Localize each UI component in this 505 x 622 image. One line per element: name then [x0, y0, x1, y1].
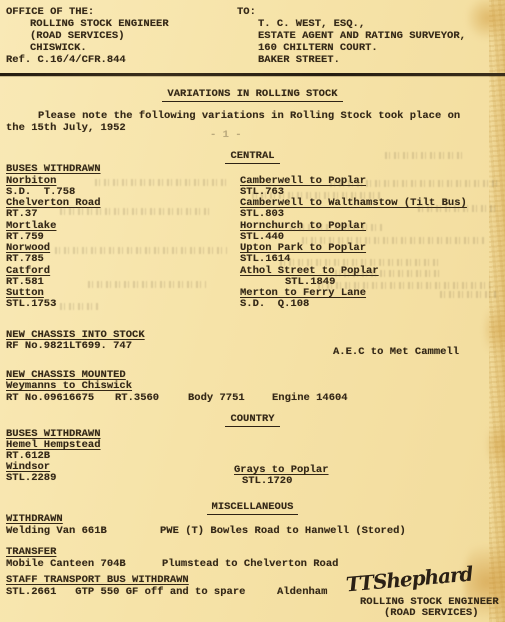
entry-fleet: STL.2289 — [6, 473, 56, 484]
transfer-label: TRANSFER — [6, 547, 56, 558]
mounted-engine-number: Engine 14604 — [272, 393, 348, 404]
withdrawn-entry: Norbiton S.D. T.758 — [6, 176, 75, 199]
country-heading: COUNTRY — [225, 414, 279, 427]
bleedthrough-smudge — [290, 224, 382, 231]
bleedthrough-smudge — [418, 205, 496, 212]
recipient-line: T. C. WEST, ESQ., — [258, 19, 365, 30]
office-label: OFFICE OF THE: — [6, 7, 94, 18]
bleedthrough-smudge — [252, 192, 380, 199]
bleedthrough-smudge — [60, 208, 210, 215]
bleedthrough-smudge — [88, 281, 206, 288]
country-heading-row: COUNTRY — [0, 414, 505, 427]
bleedthrough-smudge — [335, 270, 443, 277]
mounted-body-number: Body 7751 — [188, 393, 245, 404]
recipient-line: BAKER STREET. — [258, 55, 340, 66]
intro-line-2: the 15th July, 1952 — [6, 123, 126, 134]
staff-transport-label: STAFF TRANSPORT BUS WITHDRAWN — [6, 575, 189, 586]
faint-page-number: - 1 - — [210, 130, 242, 141]
withdrawn-entry: Mortlake RT.759 — [6, 221, 56, 244]
office-line: ROLLING STOCK ENGINEER — [30, 19, 169, 30]
mounted-fleet-number: RT.3560 — [115, 393, 159, 404]
document-title: VARIATIONS IN ROLLING STOCK — [162, 89, 342, 102]
signatory-role-line-2: (ROAD SERVICES) — [384, 608, 479, 619]
office-line: (ROAD SERVICES) — [30, 31, 125, 42]
withdrawn-detail: PWE (T) Bowles Road to Hanwell (Stored) — [160, 526, 406, 537]
transfer-item: Mobile Canteen 704B — [6, 559, 126, 570]
withdrawn-entry: Merton to Ferry Lane S.D. Q.108 — [240, 288, 366, 311]
new-chassis-into-stock-note: A.E.C to Met Cammell — [333, 347, 459, 358]
withdrawn-entry: Windsor STL.2289 — [6, 462, 56, 485]
staff-transport-item: STL.2661 GTP 550 GF off and to spare — [6, 587, 245, 598]
bleedthrough-smudge — [385, 152, 463, 159]
entry-fleet: STL.1753 — [6, 299, 56, 310]
withdrawn-item: Welding Van 661B — [6, 526, 107, 537]
withdrawn-entry: Norwood RT.785 — [6, 243, 50, 266]
header-divider-rule — [0, 73, 505, 76]
new-chassis-into-stock-entry: RF No.9821LT699. 747 — [6, 341, 132, 352]
withdrawn-entry: Grays to Poplar STL.1720 — [234, 465, 329, 488]
title-row: VARIATIONS IN ROLLING STOCK — [0, 89, 505, 102]
office-line: CHISWICK. — [30, 43, 87, 54]
paper-stain-mid-right — [485, 298, 505, 362]
central-buses-withdrawn-label: BUSES WITHDRAWN — [6, 164, 101, 175]
bleedthrough-smudge — [280, 259, 442, 266]
recipient-line: ESTATE AGENT AND RATING SURVEYOR, — [258, 31, 466, 42]
bleedthrough-smudge — [95, 179, 230, 186]
scanned-memo-page: OFFICE OF THE: ROLLING STOCK ENGINEER (R… — [0, 0, 505, 622]
entry-fleet: S.D. Q.108 — [240, 299, 366, 310]
to-label: TO: — [237, 7, 256, 18]
bleedthrough-smudge — [440, 291, 498, 298]
entry-fleet: RT.785 — [6, 254, 50, 265]
new-chassis-mounted-subheading: Weymanns to Chiswick — [6, 381, 132, 392]
recipient-line: 160 CHILTERN COURT. — [258, 43, 378, 54]
withdrawn-entry: Catford RT.581 — [6, 266, 50, 289]
bleedthrough-smudge — [318, 282, 490, 289]
bleedthrough-smudge — [55, 247, 227, 254]
bleedthrough-smudge — [60, 303, 100, 310]
intro-line-1: Please note the following variations in … — [38, 111, 460, 122]
transfer-detail: Plumstead to Chelverton Road — [162, 559, 338, 570]
central-heading: CENTRAL — [225, 151, 279, 164]
withdrawn-entry: Hemel Hempstead RT.612B — [6, 440, 101, 463]
staff-transport-location: Aldenham — [277, 587, 327, 598]
entry-fleet: STL.1720 — [234, 476, 329, 487]
mounted-chassis-number: RT No.09616675 — [6, 393, 94, 404]
miscellaneous-heading: MISCELLANEOUS — [207, 502, 299, 515]
miscellaneous-heading-row: MISCELLANEOUS — [0, 502, 505, 515]
bleedthrough-smudge — [302, 237, 484, 244]
reference-number: Ref. C.16/4/CFR.844 — [6, 55, 126, 66]
withdrawn-label: WITHDRAWN — [6, 514, 63, 525]
withdrawn-entry: Sutton STL.1753 — [6, 288, 56, 311]
bleedthrough-smudge — [330, 180, 498, 187]
paper-stain-top-right — [467, 0, 505, 42]
